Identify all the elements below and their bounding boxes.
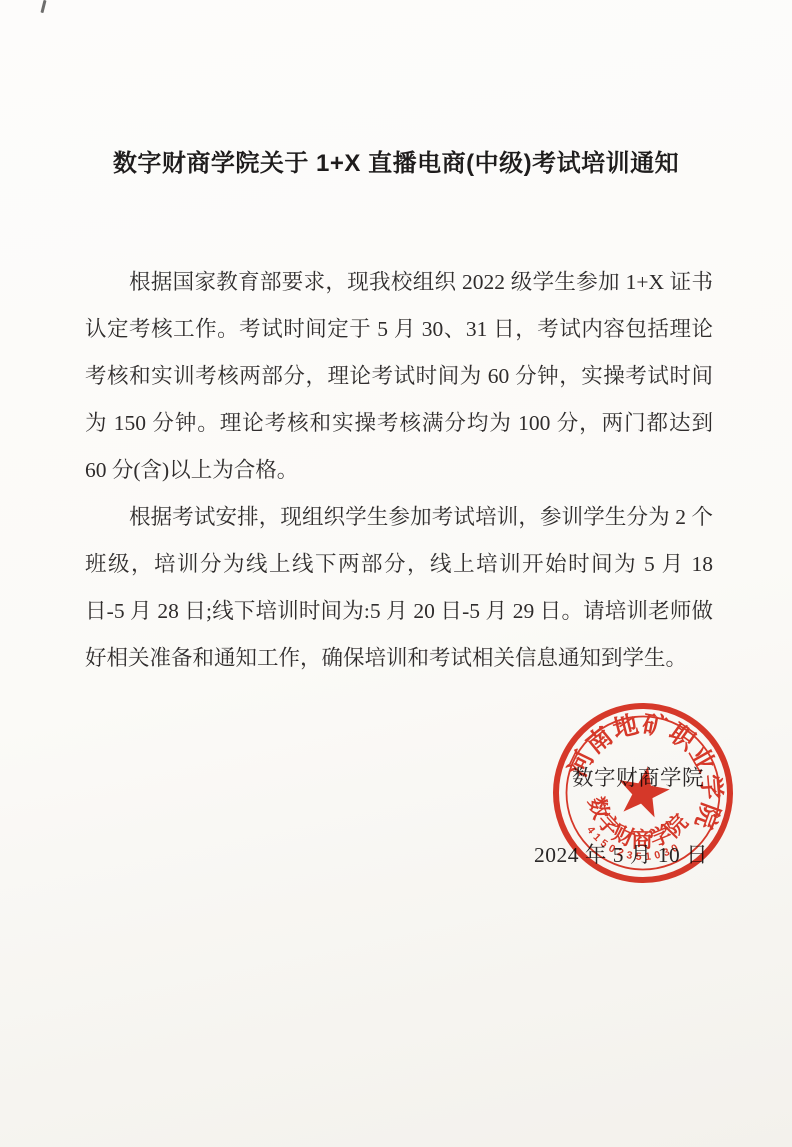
notice-document-page: 数字财商学院关于 1+X 直播电商(中级)考试培训通知 根据国家教育部要求，现我… [0,0,792,1147]
official-seal-stamp: 河南地矿职业学院 数字财商学院 41502351030 [542,692,744,894]
star-icon [619,766,670,817]
page-title: 数字财商学院关于 1+X 直播电商(中级)考试培训通知 [0,143,792,178]
body-paragraph-2: 根据考试安排，现组织学生参加考试培训，参训学生分为 2 个班级，培训分为线上线下… [85,494,713,682]
body-paragraph-1: 根据国家教育部要求，现我校组织 2022 级学生参加 1+X 证书认定考核工作。… [85,259,713,494]
notice-body: 根据国家教育部要求，现我校组织 2022 级学生参加 1+X 证书认定考核工作。… [85,259,713,682]
pen-scratch-mark [40,0,46,13]
